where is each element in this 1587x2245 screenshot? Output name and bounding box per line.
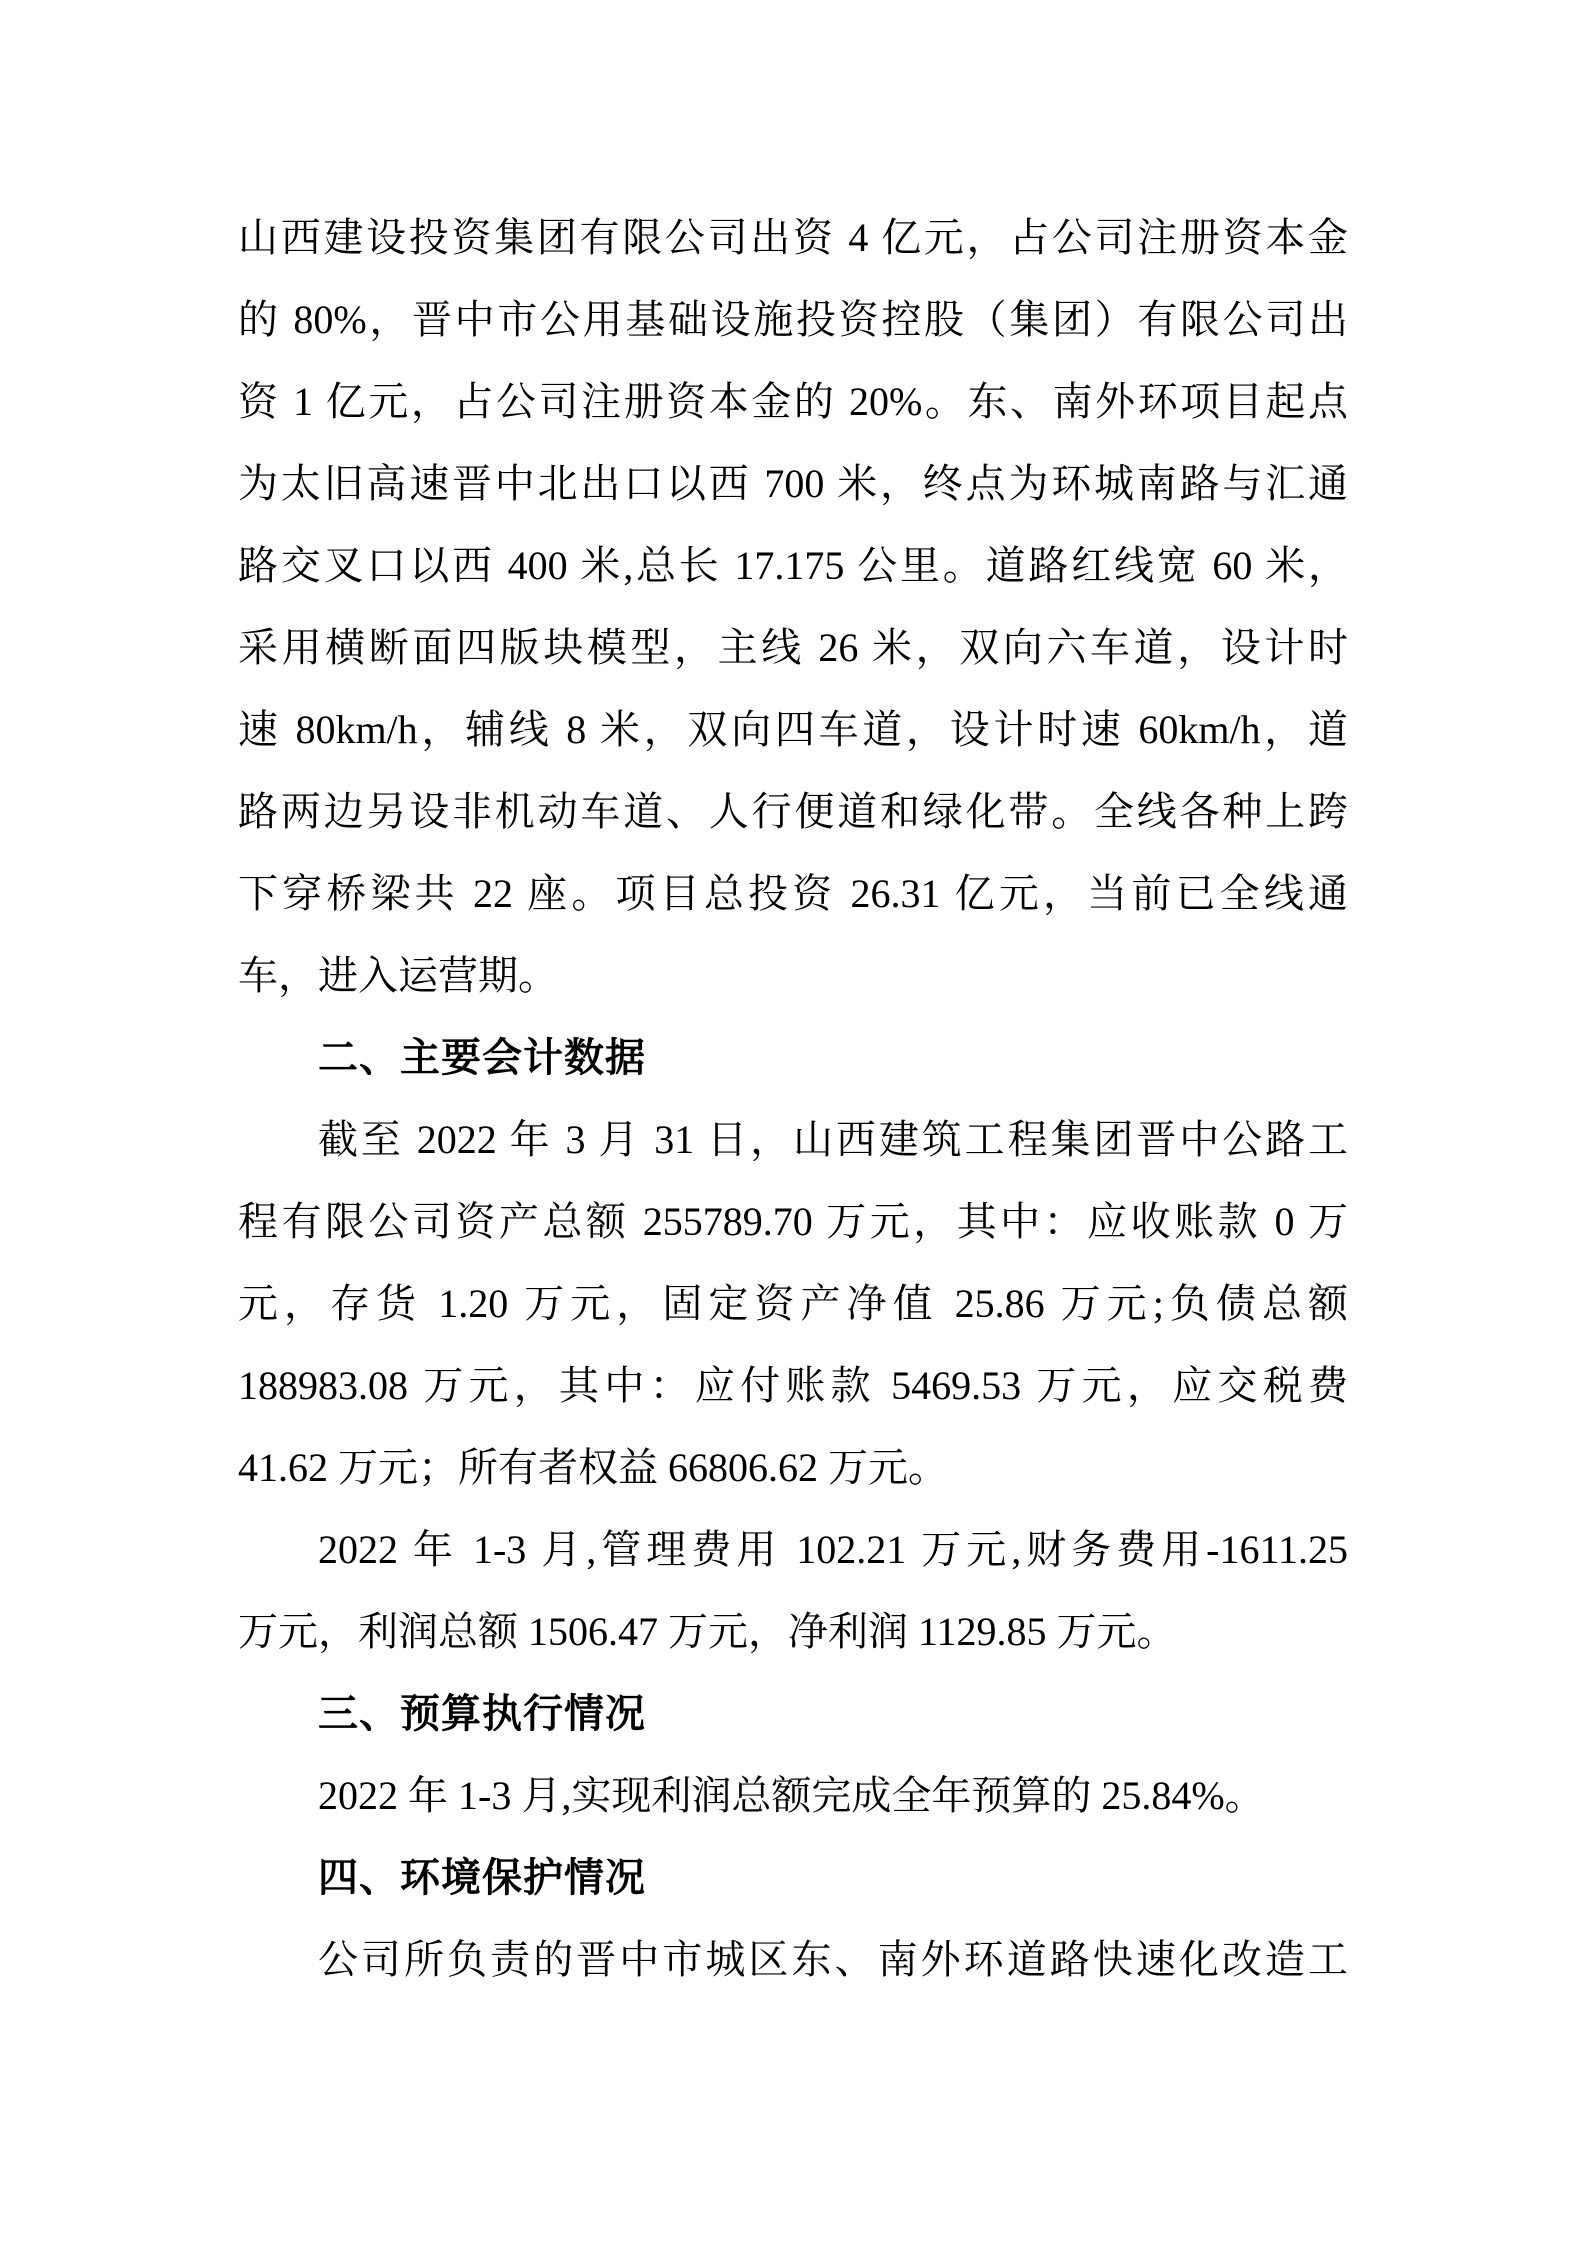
text-line: 公司所负责的晋中市城区东、南外环道路快速化改造工 [238,1919,1348,2001]
text-line: 资 1 亿元，占公司注册资本金的 20%。东、南外环项目起点 [238,361,1348,443]
text-line: 的 80%，晋中市公用基础设施投资控股（集团）有限公司出 [238,279,1348,361]
text-line: 采用横断面四版块模型，主线 26 米，双向六车道，设计时 [238,607,1348,689]
text-line: 山西建设投资集团有限公司出资 4 亿元，占公司注册资本金 [238,197,1348,279]
text-line: 为太旧高速晋中北出口以西 700 米，终点为环城南路与汇通 [238,443,1348,525]
text-line: 2022 年 1-3 月,管理费用 102.21 万元,财务费用-1611.25 [238,1509,1348,1591]
document-page: 山西建设投资集团有限公司出资 4 亿元，占公司注册资本金的 80%，晋中市公用基… [0,0,1587,2245]
section-heading: 二、主要会计数据 [238,1017,1348,1099]
text-line: 2022 年 1-3 月,实现利润总额完成全年预算的 25.84%。 [238,1755,1348,1837]
text-line: 41.62 万元；所有者权益 66806.62 万元。 [238,1427,1348,1509]
text-line: 元，存货 1.20 万元，固定资产净值 25.86 万元;负债总额 [238,1263,1348,1345]
text-line: 速 80km/h，辅线 8 米，双向四车道，设计时速 60km/h，道 [238,689,1348,771]
text-line: 截至 2022 年 3 月 31 日，山西建筑工程集团晋中公路工 [238,1099,1348,1181]
text-line: 188983.08 万元，其中：应付账款 5469.53 万元，应交税费 [238,1345,1348,1427]
section-heading: 四、环境保护情况 [238,1837,1348,1919]
text-line: 程有限公司资产总额 255789.70 万元，其中：应收账款 0 万 [238,1181,1348,1263]
text-line: 路两边另设非机动车道、人行便道和绿化带。全线各种上跨 [238,771,1348,853]
section-heading: 三、预算执行情况 [238,1673,1348,1755]
page-content: 山西建设投资集团有限公司出资 4 亿元，占公司注册资本金的 80%，晋中市公用基… [238,197,1348,2001]
text-line: 车，进入运营期。 [238,935,1348,1017]
text-line: 万元，利润总额 1506.47 万元，净利润 1129.85 万元。 [238,1591,1348,1673]
text-line: 路交叉口以西 400 米,总长 17.175 公里。道路红线宽 60 米， [238,525,1348,607]
text-line: 下穿桥梁共 22 座。项目总投资 26.31 亿元，当前已全线通 [238,853,1348,935]
